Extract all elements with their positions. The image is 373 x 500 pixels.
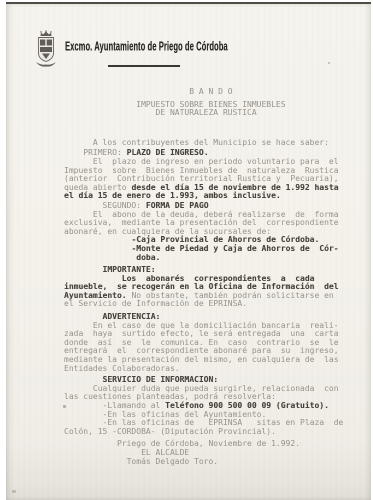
doc-block: IMPUESTO SOBRE BIENES INMUEBLES DE NATUR…: [64, 101, 360, 118]
scanned-page: Excmo. Ayuntamiento de Priego de Córdoba…: [0, 0, 373, 500]
letterhead-underline: [108, 65, 180, 67]
doc-line: Entidades Colaboradoras.: [64, 365, 360, 374]
doc-line: Colón, 15 -CORDOBA- (Diputación Provinci…: [64, 428, 360, 437]
doc-line: Tomás Delgado Toro.: [64, 458, 360, 467]
scan-artifact: [63, 405, 66, 408]
doc-line: doba.: [64, 254, 360, 263]
doc-block: En el caso de que la domiciliación banca…: [64, 322, 360, 374]
doc-block: Cualquier duda que pueda surgirle, relac…: [64, 385, 360, 437]
doc-block: Priego de Córdoba, Noviembre de 1.992. E…: [64, 440, 360, 466]
doc-block: El abono de la deuda, deberá realizarse …: [64, 211, 360, 263]
document-body: B A N D O IMPUESTO SOBRE BIENES INMUEBLE…: [64, 88, 360, 466]
paper-sheet: Excmo. Ayuntamiento de Priego de Córdoba…: [6, 2, 371, 500]
doc-line: DE NATURALEZA RUSTICA: [64, 109, 360, 118]
doc-block: El plazo de ingreso en periodo voluntari…: [64, 158, 360, 201]
doc-line: A los contribuyentes del Municipio se ha…: [64, 139, 360, 148]
organization-name: Excmo. Ayuntamiento de Priego de Córdoba: [65, 40, 228, 55]
coat-of-arms-icon: [34, 29, 58, 69]
doc-block: B A N D O: [64, 88, 360, 97]
doc-line: el Servicio de Información de EPRINSA.: [64, 300, 360, 309]
scan-artifact: [12, 490, 16, 493]
doc-block: Los abonarés correspondientes a cadainmu…: [64, 275, 360, 309]
doc-line: B A N D O: [64, 88, 360, 97]
scan-artifact: [328, 62, 330, 64]
doc-line: el día 15 de enero de 1.993, ambos inclu…: [64, 192, 360, 201]
doc-block: A los contribuyentes del Municipio se ha…: [64, 139, 360, 148]
